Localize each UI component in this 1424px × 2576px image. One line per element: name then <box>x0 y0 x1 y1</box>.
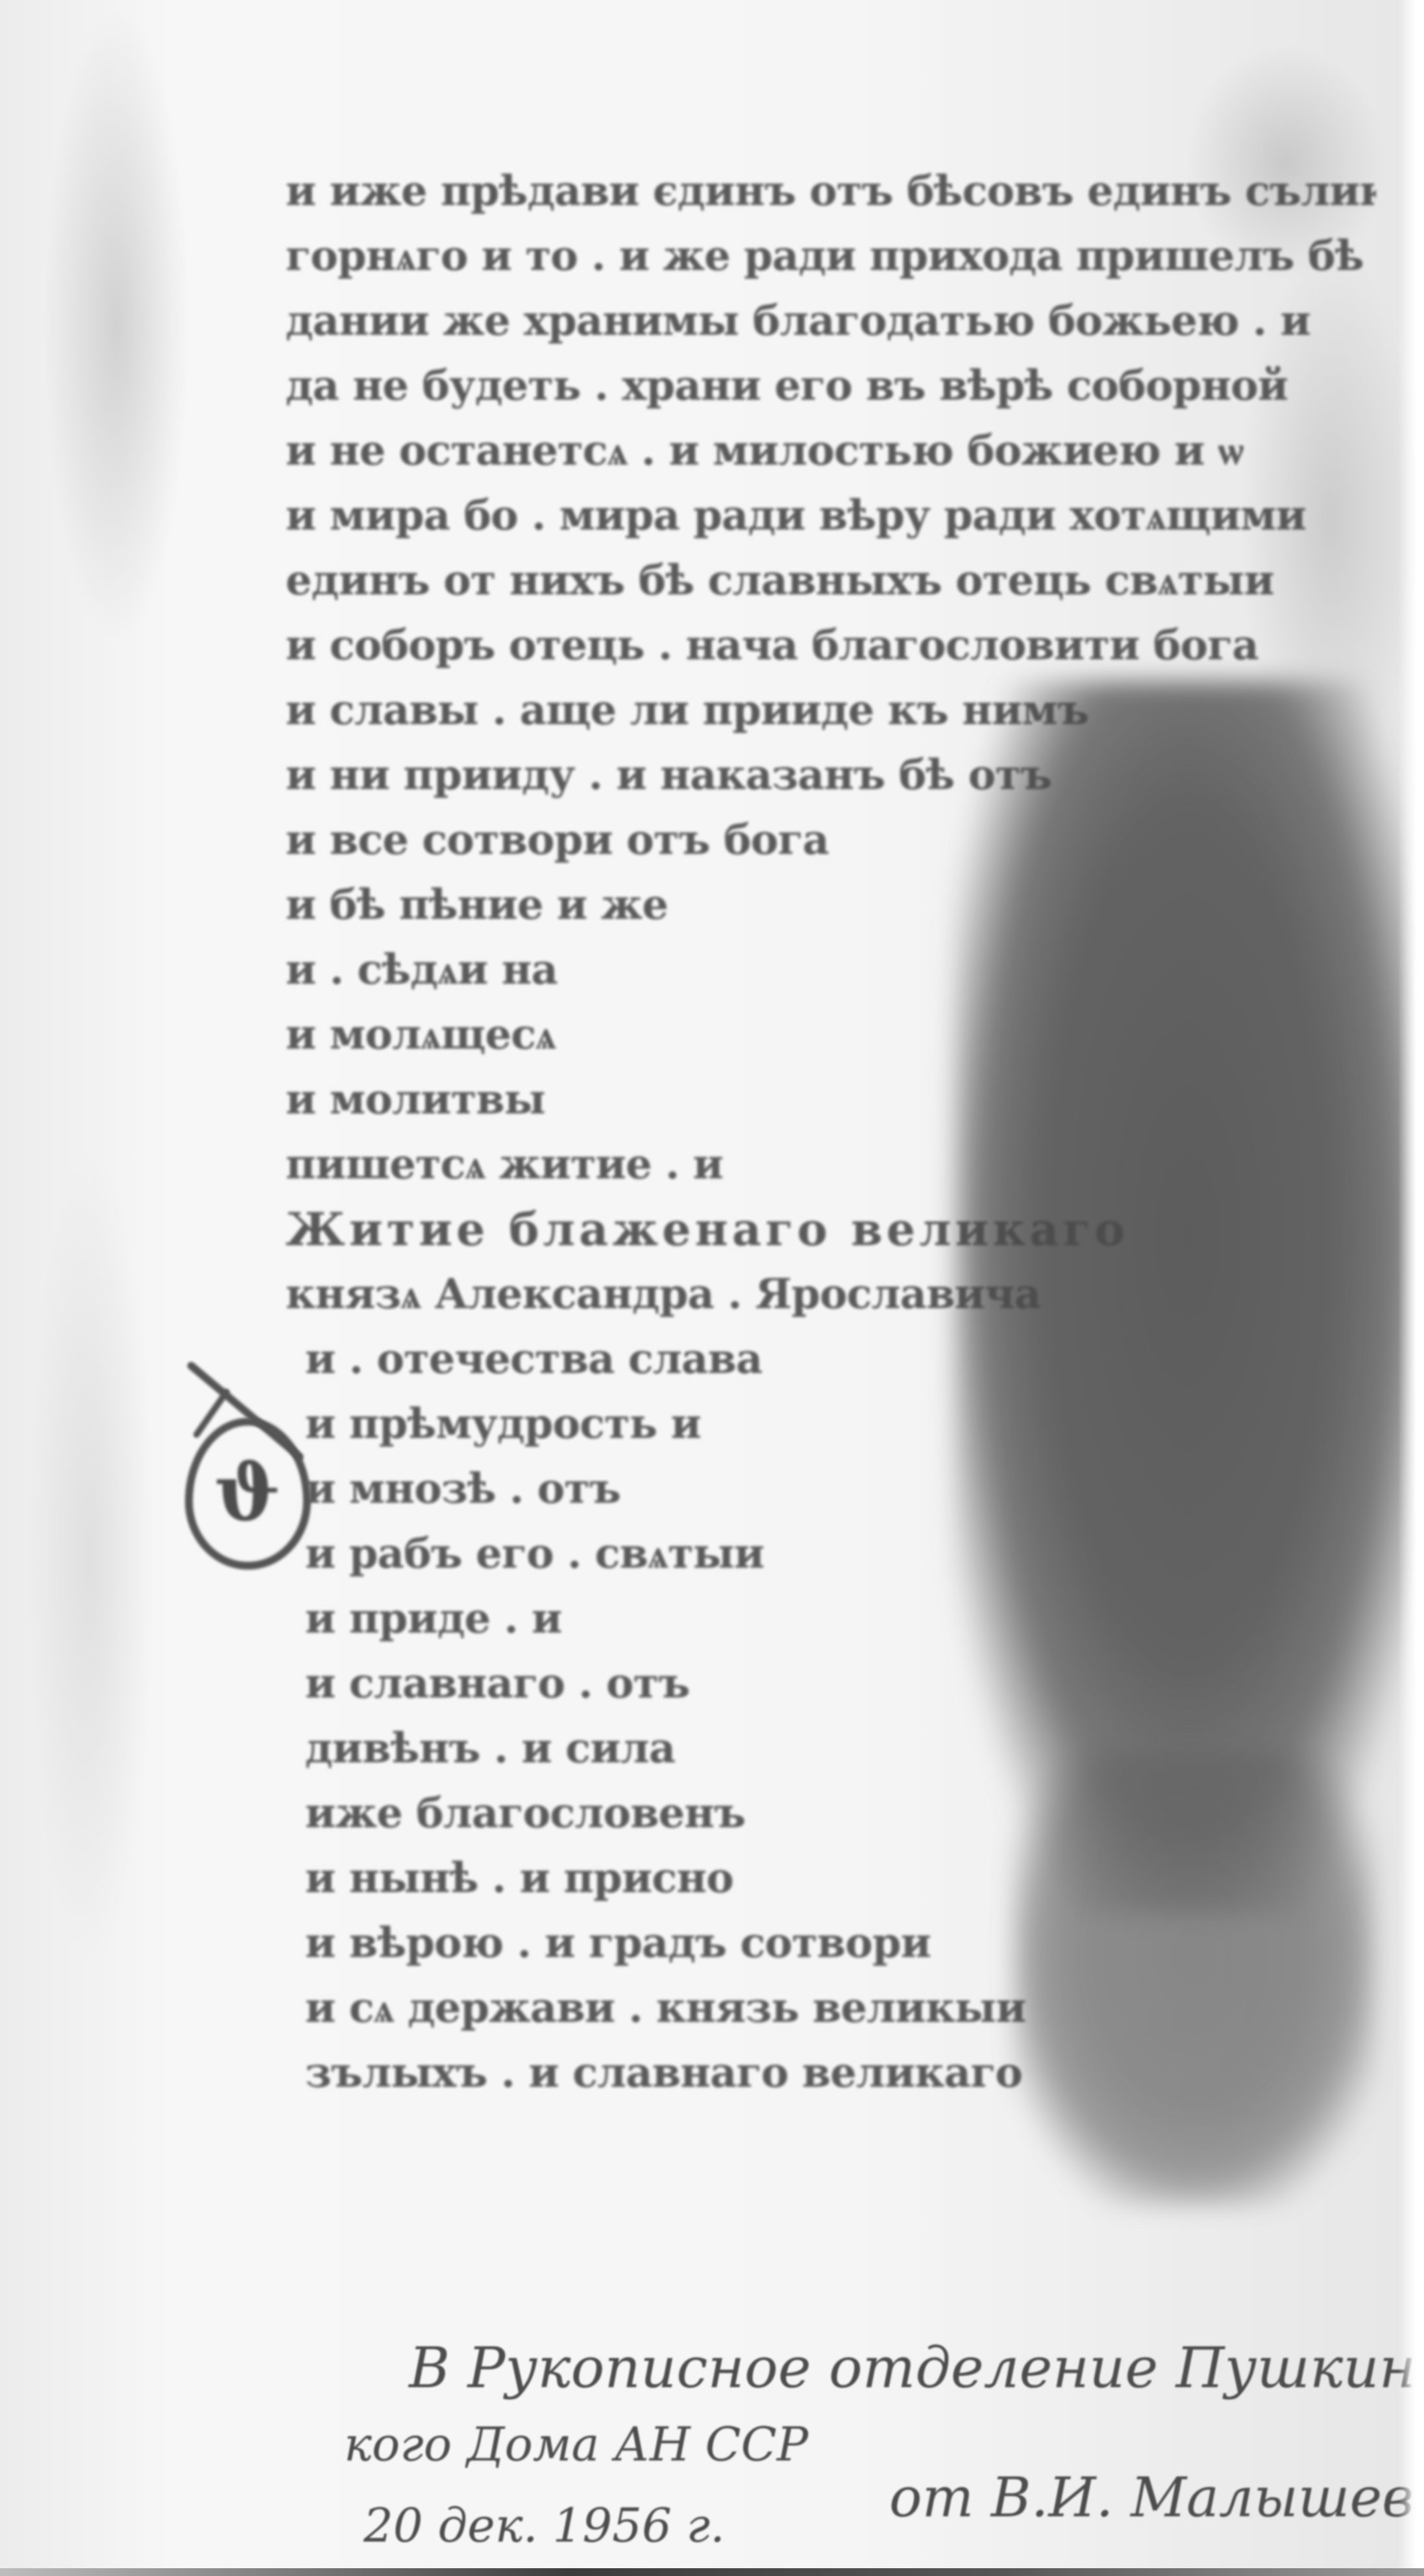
page-right-edge <box>1398 0 1424 2576</box>
manuscript-line: и прѣмудрость и <box>305 1398 1395 1450</box>
manuscript-line: единъ от нихъ бѣ славныхъ отець свѧтыи <box>286 555 1376 607</box>
manuscript-line: князѧ Александра . Ярославича <box>286 1269 1376 1320</box>
manuscript-line: и славы . аще ли прииде къ нимъ <box>286 685 1376 736</box>
manuscript-line: и мнозѣ . отъ <box>305 1463 1395 1515</box>
manuscript-line: и вѣрою . и градъ сотвори <box>305 1917 1395 1969</box>
manuscript-line: и славнаго . отъ <box>305 1658 1395 1710</box>
handwritten-note-date: 20 дек. 1956 г. <box>363 2498 725 2553</box>
manuscript-line: и сѧ держави . князь великыи <box>305 1982 1395 2034</box>
manuscript-line: и . отечества слава <box>305 1333 1395 1385</box>
manuscript-line: и мира бо . мира ради вѣру ради хотѧщими <box>286 490 1376 542</box>
manuscript-line: дивѣнъ . и сила <box>305 1723 1395 1775</box>
manuscript-line: горнѧго и то . и же ради прихода пришелъ… <box>286 230 1376 282</box>
manuscript-page: и иже прѣдави єдинъ отъ бѣсовъ единъ съл… <box>0 0 1424 2576</box>
handwritten-note-line-2: кого Дома АН ССР <box>344 2417 808 2472</box>
manuscript-line: зълыхъ . и славнаго великаго <box>305 2047 1395 2099</box>
handwritten-note-line-1: В Рукописное отделение Пушкинс- <box>409 2336 1424 2401</box>
manuscript-line: и молѧщесѧ <box>286 1009 1376 1061</box>
handwritten-note-signature: от В.И. Малышева <box>889 2466 1424 2529</box>
manuscript-line: и молитвы <box>286 1074 1376 1126</box>
manuscript-line: и все сотвори отъ бога <box>286 814 1376 866</box>
manuscript-line: и . сѣдѧи на <box>286 944 1376 996</box>
manuscript-line: и не останетсѧ . и милостью божиею и ѡ <box>286 425 1376 477</box>
manuscript-line: и ни прииду . и наказанъ бѣ отъ <box>286 749 1376 801</box>
manuscript-line: и нынѣ . и присно <box>305 1853 1395 1904</box>
manuscript-line: иже благословенъ <box>305 1788 1395 1840</box>
manuscript-line: дании же хранимы благодатью божьею . и <box>286 295 1376 347</box>
manuscript-line: и соборъ отець . нача благословити бога <box>286 620 1376 672</box>
page-bottom-edge <box>0 2568 1424 2576</box>
manuscript-line: да не будеть . храни его въ вѣрѣ соборно… <box>286 360 1376 412</box>
manuscript-line: и рабъ его . свѧтыи <box>305 1528 1395 1580</box>
manuscript-line: и иже прѣдави єдинъ отъ бѣсовъ единъ съл… <box>286 165 1376 217</box>
manuscript-line: и бѣ пѣние и же <box>286 879 1376 931</box>
manuscript-line: пишетсѧ житие . и <box>286 1139 1376 1191</box>
decorated-initial-letter: ϑ <box>214 1447 280 1538</box>
manuscript-heading-line: Житие блаженаго великаго <box>286 1204 1376 1256</box>
manuscript-line: и приде . и <box>305 1593 1395 1645</box>
